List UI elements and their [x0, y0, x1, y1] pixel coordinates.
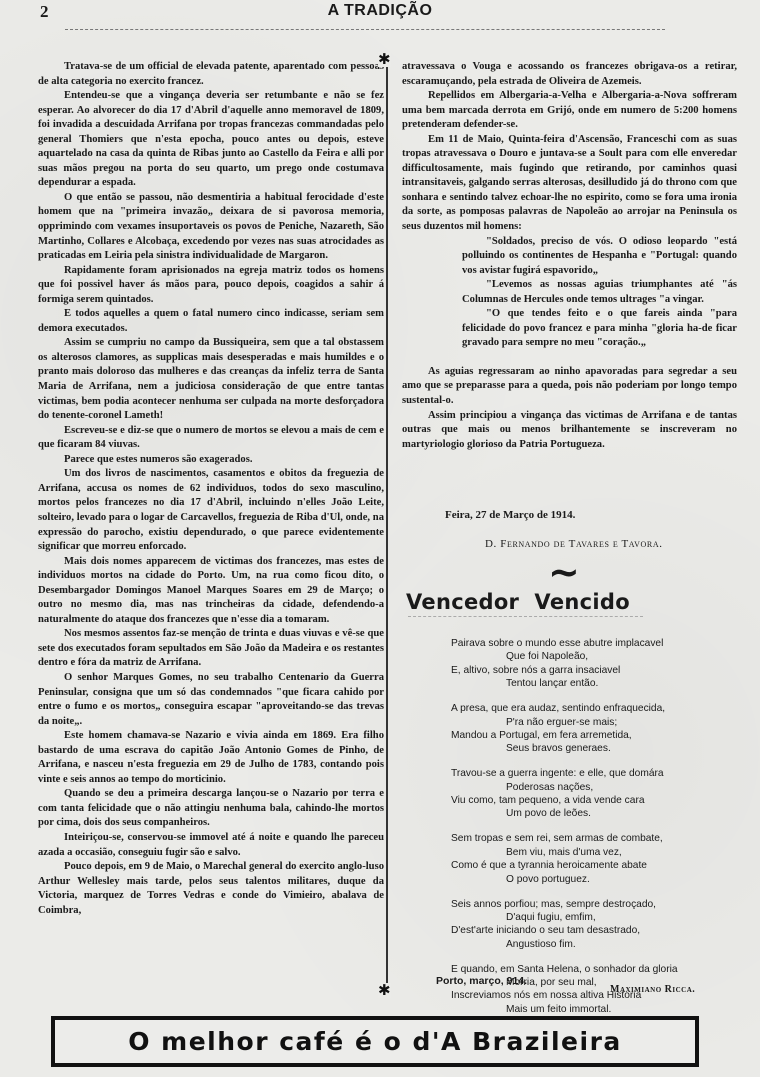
advertisement-text: O melhor café é o d'A Brazileira [128, 1027, 622, 1056]
napoleon-quote: "Soldados, preciso de vós. O odioso leop… [462, 235, 737, 351]
paragraph: atravessava o Vouga e acossando os franc… [402, 60, 737, 89]
poem-line: Seis annos porfiou; mas, sempre destroça… [451, 898, 741, 911]
poem-line: Poderosas nações, [451, 781, 741, 794]
paragraph: Mais dois nomes apparecem de victimas do… [38, 555, 384, 628]
poem-stanza: Sem tropas e sem rei, sem armas de comba… [451, 832, 741, 886]
poem-stanza: A presa, que era audaz, sentindo enfraqu… [451, 702, 741, 756]
poem-line: Como é que a tyrannia heroicamente abate [451, 859, 741, 872]
poem-line: Seus bravos generaes. [451, 742, 741, 755]
poem-stanza: Pairava sobre o mundo esse abutre implac… [451, 637, 741, 691]
paragraph: O que então se passou, não desmentiria a… [38, 191, 384, 264]
paragraph: Assim se cumpriu no campo da Bussiqueira… [38, 336, 384, 423]
advertisement-banner: O melhor café é o d'A Brazileira [51, 1016, 699, 1067]
poem-body: Pairava sobre o mundo esse abutre implac… [451, 637, 741, 1028]
paragraph: Um dos livros de nascimentos, casamentos… [38, 467, 384, 554]
poem-line: Angustioso fim. [451, 938, 741, 951]
poem-stanza: E quando, em Santa Helena, o sonhador da… [451, 963, 741, 1017]
paragraph: Nos mesmos assentos faz-se menção de tri… [38, 627, 384, 671]
right-column: atravessava o Vouga e acossando os franc… [402, 60, 737, 452]
newspaper-page: 2 A TRADIÇÃO Tratava-se de um official d… [0, 0, 760, 1077]
article-dateline: Feira, 27 de Março de 1914. [445, 509, 575, 521]
poem-line: Bem viu, mais d'uma vez, [451, 846, 741, 859]
column-divider [386, 54, 388, 994]
poem-line: Tentou lançar então. [451, 677, 741, 690]
poem-line: D'est'arte iniciando o seu tam desastrad… [451, 924, 741, 937]
poem-title: Vencedor Vencido [406, 590, 630, 614]
poem-line: E, altivo, sobre nós a garra insaciavel [451, 664, 741, 677]
paragraph: Tratava-se de um official de elevada pat… [38, 60, 384, 89]
poem-stanza: Seis annos porfiou; mas, sempre destroça… [451, 898, 741, 952]
header-rule [65, 29, 665, 30]
paragraph: Parece que estes numeros são exagerados. [38, 453, 384, 468]
poem-line: P'ra não erguer-se mais; [451, 716, 741, 729]
tilde-ornament-icon: ~ [548, 552, 580, 592]
paragraph: Quando se deu a primeira descarga lançou… [38, 787, 384, 831]
paragraph: Escreveu-se e diz-se que o numero de mor… [38, 424, 384, 453]
poem-line: Um povo de leões. [451, 807, 741, 820]
poem-line: Sem tropas e sem rei, sem armas de comba… [451, 832, 741, 845]
poem-line: A presa, que era audaz, sentindo enfraqu… [451, 702, 741, 715]
poem-line: Pairava sobre o mundo esse abutre implac… [451, 637, 741, 650]
paragraph: As aguias regressaram ao ninho apavorada… [402, 365, 737, 409]
poem-line: O povo portuguez. [451, 873, 741, 886]
poem-title-rule [408, 616, 643, 617]
paragraph: E todos aquelles a quem o fatal numero c… [38, 307, 384, 336]
poem-stanza: Travou-se a guerra ingente: e elle, que … [451, 767, 741, 821]
paragraph: Assim principiou a vingança das victimas… [402, 409, 737, 453]
asterisk-ornament-icon: ✱ [378, 983, 391, 998]
paragraph: Entendeu-se que a vingança deveria ser r… [38, 89, 384, 191]
paragraph: Repellidos em Albergaria-a-Velha e Alber… [402, 89, 737, 133]
paragraph: Em 11 de Maio, Quinta-feira d'Ascensão, … [402, 133, 737, 235]
quote-paragraph: "O que tendes feito e o que fareis ainda… [462, 307, 737, 351]
paragraph: Rapidamente foram aprisionados na egreja… [38, 264, 384, 308]
article-signature: D. Fernando de Tavares e Tavora. [485, 538, 663, 550]
quote-paragraph: "Levemos as nossas aguias triumphantes a… [462, 278, 737, 307]
quote-paragraph: "Soldados, preciso de vós. O odioso leop… [462, 235, 737, 279]
poem-line: Travou-se a guerra ingente: e elle, que … [451, 767, 741, 780]
masthead-title: A TRADIÇÃO [0, 2, 760, 20]
poem-line: Viu como, tam pequeno, a vida vende cara [451, 794, 741, 807]
asterisk-ornament-icon: ✱ [378, 52, 391, 67]
poem-place-date: Porto, março, 914. [436, 975, 527, 987]
paragraph: Inteiriçou-se, conservou-se immovel até … [38, 831, 384, 860]
poem-line: D'aqui fugiu, emfim, [451, 911, 741, 924]
paragraph: Pouco depois, em 9 de Maio, o Marechal g… [38, 860, 384, 918]
poem-author: Maximiano Ricca. [610, 984, 695, 995]
poem-line: Mandou a Portugal, em fera arremetida, [451, 729, 741, 742]
left-column: Tratava-se de um official de elevada pat… [38, 60, 384, 918]
poem-line: Inscreviamos nós em nossa altiva Histori… [451, 989, 741, 1002]
poem-line: Mais um feito immortal. [451, 1003, 741, 1016]
paragraph: O senhor Marques Gomes, no seu trabalho … [38, 671, 384, 729]
paragraph: Este homem chamava-se Nazario e vivia ai… [38, 729, 384, 787]
poem-line: Que foi Napoleão, [451, 650, 741, 663]
